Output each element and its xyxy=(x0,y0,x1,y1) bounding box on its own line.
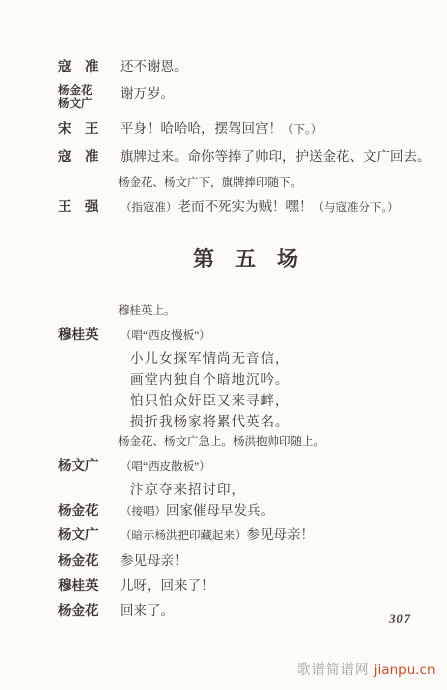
speaker-name: 王 强 xyxy=(58,198,108,216)
watermark-site-url[interactable]: jianpu.cn xyxy=(374,662,436,678)
dialogue-row: 宋 王 平身！哈哈哈，摆驾回宫！（下。） xyxy=(58,120,433,139)
dialogue-text: （唱“西皮散板”） xyxy=(120,457,433,476)
speaker-name: 杨文广 xyxy=(58,457,108,475)
dialogue-row: 杨金花 参见母亲！ xyxy=(58,552,433,570)
page-content: 寇 准 还不谢恩。 杨金花 杨文广 谢万岁。 宋 王 平身！哈哈哈，摆驾回宫！（… xyxy=(58,58,433,629)
dialogue-text: （暗示杨洪把印藏起来）参见母亲！ xyxy=(120,526,433,545)
speaker-name: 杨文广 xyxy=(58,98,108,111)
verse-line: 小儿女探军情尚无音信， xyxy=(130,350,433,368)
stage-note: （接唱） xyxy=(120,506,166,518)
speaker-name: 杨金花 xyxy=(58,552,108,570)
dialogue-text: 儿呀，回来了！ xyxy=(120,577,433,595)
dialogue-row: 穆桂英 儿呀，回来了！ xyxy=(58,577,433,595)
dialogue-text: 平身！哈哈哈，摆驾回宫！（下。） xyxy=(120,120,433,139)
script-page: 寇 准 还不谢恩。 杨金花 杨文广 谢万岁。 宋 王 平身！哈哈哈，摆驾回宫！（… xyxy=(0,0,447,690)
stage-note: （下。） xyxy=(282,124,322,136)
dialogue-text: （指寇准）老而不死实为贼！嘿！（与寇准分下。） xyxy=(120,198,433,217)
dialogue-text: 回来了。 xyxy=(120,602,433,620)
dialogue-row: 寇 准 还不谢恩。 xyxy=(58,58,433,76)
verse-line: 画堂内独自个暗地沉吟。 xyxy=(130,371,433,389)
page-number: 307 xyxy=(389,612,411,627)
dialogue-text: 旗牌过来。命你等捧了帅印，护送金花、文广回去。 xyxy=(120,148,433,166)
stage-note: （与寇准分下。） xyxy=(313,202,399,214)
stage-note: （指寇准） xyxy=(120,202,178,214)
dialogue-row: 杨文广 （暗示杨洪把印藏起来）参见母亲！ xyxy=(58,526,433,545)
speaker-name: 寇 准 xyxy=(58,58,108,76)
dialogue-text: （接唱）回家催母早发兵。 xyxy=(120,502,433,521)
dialogue-row: 杨金花 （接唱）回家催母早发兵。 xyxy=(58,502,433,521)
watermark-site-name: 歌谱简谱网 xyxy=(297,662,370,678)
stage-note: （暗示杨洪把印藏起来） xyxy=(120,530,247,542)
dialogue-text: （唱“西皮慢板”） xyxy=(120,326,433,345)
dialogue-row: 王 强 （指寇准）老而不死实为贼！嘿！（与寇准分下。） xyxy=(58,198,433,217)
dialogue-text: 谢万岁。 xyxy=(120,85,433,103)
speaker-name: 宋 王 xyxy=(58,120,108,138)
speaker-name-stacked: 杨金花 杨文广 xyxy=(58,85,108,111)
speaker-name: 杨文广 xyxy=(58,526,108,544)
stage-note: （唱“西皮慢板”） xyxy=(120,330,211,342)
verse-line: 损折我杨家将累代英名。 xyxy=(130,413,433,431)
dialogue-row: 杨金花 回来了。 xyxy=(58,602,433,620)
stage-direction: 穆桂英上。 xyxy=(118,303,433,319)
verse-line: 汴京夺来招讨印， xyxy=(130,481,433,499)
dialogue-row: 寇 准 旗牌过来。命你等捧了帅印，护送金花、文广回去。 xyxy=(58,148,433,166)
speaker-name: 杨金花 xyxy=(58,85,108,98)
stage-direction: 杨金花、杨文广下，旗牌捧印随下。 xyxy=(118,175,433,191)
scene-heading: 第 五 场 xyxy=(58,243,433,273)
dialogue-text: 还不谢恩。 xyxy=(120,58,433,76)
speaker-name: 穆桂英 xyxy=(58,326,108,344)
dialogue-row: 杨金花 杨文广 谢万岁。 xyxy=(58,85,433,111)
speaker-name: 寇 准 xyxy=(58,148,108,166)
speaker-name: 杨金花 xyxy=(58,502,108,520)
stage-note: （唱“西皮散板”） xyxy=(120,461,211,473)
dialogue-row: 杨文广 （唱“西皮散板”） xyxy=(58,457,433,476)
watermark: 歌谱简谱网 jianpu.cn xyxy=(297,658,436,678)
stage-direction: 杨金花、杨文广急上。杨洪抱帅印随上。 xyxy=(118,434,433,450)
dialogue-row: 穆桂英 （唱“西皮慢板”） xyxy=(58,326,433,345)
verse-line: 怕只怕众奸臣又来寻衅， xyxy=(130,392,433,410)
dialogue-text: 参见母亲！ xyxy=(120,552,433,570)
speaker-name: 杨金花 xyxy=(58,602,108,620)
speaker-name: 穆桂英 xyxy=(58,577,108,595)
